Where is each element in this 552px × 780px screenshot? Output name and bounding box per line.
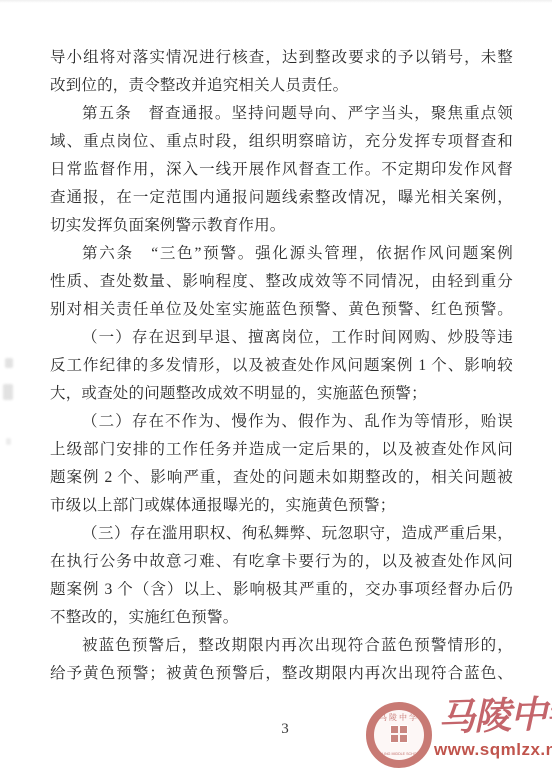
document-line: 别对相关责任单位及处室实施蓝色预警、黄色预警、红色预警。 [50, 296, 513, 324]
seal-emblem-icon [390, 725, 408, 743]
document-line: 上级部门安排的工作任务并造成一定后果的，以及被查处作风问 [50, 436, 513, 464]
document-line: 大，或查处的问题整改成效不明显的，实施蓝色预警； [50, 380, 513, 408]
document-line: （三）存在滥用职权、徇私舞弊、玩忽职守，造成严重后果， [50, 520, 513, 548]
document-line: 域、重点岗位、重点时段，组织明察暗访，充分发挥专项督查和 [50, 128, 513, 156]
document-line: 第五条 督查通报。坚持问题导向、严字当头，聚焦重点领 [50, 100, 513, 128]
document-line: 改到位的，责令整改并追究相关人员责任。 [50, 72, 513, 100]
school-seal-icon: 马陵中学 MALING MIDDLE SCHOOL [366, 702, 432, 768]
school-name: 马陵中学 [437, 690, 552, 741]
document-text-block: 导小组将对落实情况进行核查，达到整改要求的予以销号，未整改到位的，责令整改并追究… [50, 44, 513, 688]
document-line: 第六条 “三色”预警。强化源头管理，依据作风问题案例 [50, 240, 513, 268]
document-line: 反工作纪律的多发情形，以及被查处作风问题案例 1 个、影响较 [50, 352, 513, 380]
document-line: 导小组将对落实情况进行核查，达到整改要求的予以销号，未整 [50, 44, 513, 72]
school-url: www.sqmlzx.net [434, 740, 552, 760]
scan-top-edge [0, 0, 552, 3]
document-line: 题案例 2 个、影响严重，查处的问题未如期整改的，相关问题被 [50, 464, 513, 492]
document-line: 日常监督作用，深入一线开展作风督查工作。不定期印发作风督 [50, 156, 513, 184]
document-line: 给予黄色预警；被黄色预警后，整改期限内再次出现符合蓝色、 [50, 660, 513, 688]
document-line: 在执行公务中故意刁难、有吃拿卡要行为的，以及被查处作风问 [50, 548, 513, 576]
document-line: 题案例 3 个（含）以上、影响极其严重的，交办事项经督办后仍 [50, 576, 513, 604]
document-line: 被蓝色预警后，整改期限内再次出现符合蓝色预警情形的， [50, 632, 513, 660]
document-line: （二）存在不作为、慢作为、假作为、乱作为等情形，贻误 [50, 408, 513, 436]
document-line: 不整改的，实施红色预警。 [50, 604, 513, 632]
seal-top-text: 马陵中学 [374, 714, 424, 722]
document-line: 市级以上部门或媒体通报曝光的，实施黄色预警； [50, 492, 513, 520]
scan-artifact [6, 438, 11, 445]
scan-artifact [5, 358, 13, 368]
document-line: 性质、查处数量、影响程度、整改成效等不同情况，由轻到重分 [50, 268, 513, 296]
seal-bottom-text: MALING MIDDLE SCHOOL [377, 752, 422, 756]
document-line: 查通报，在一定范围内通报问题线索整改情况，曝光相关案例， [50, 184, 513, 212]
document-line: （一）存在迟到早退、擅离岗位，工作时间网购、炒股等违 [50, 324, 513, 352]
page-number: 3 [270, 721, 300, 738]
document-page: 导小组将对落实情况进行核查，达到整改要求的予以销号，未整改到位的，责令整改并追究… [0, 0, 552, 780]
school-watermark: 马陵中学 MALING MIDDLE SCHOOL 马陵中学 www.sqmlz… [364, 698, 548, 776]
document-line: 切实发挥负面案例警示教育作用。 [50, 212, 513, 240]
scan-artifact [3, 384, 13, 400]
